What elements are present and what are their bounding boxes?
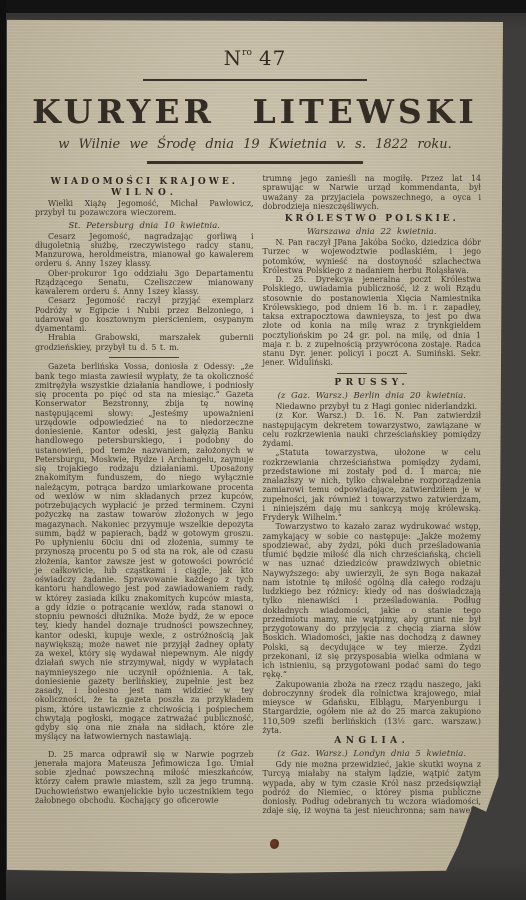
masthead-dateline: w Wilnie we Środę dnia 19 Kwietnia v. s.… xyxy=(7,137,503,152)
petersburg-paragraph-2: Ober-prokuror 1go oddziału 3go Departame… xyxy=(35,269,254,297)
section-divider xyxy=(109,357,179,359)
warszawa-paragraph-1: N. Pan raczył JPana Jakóba Soćko, dziedz… xyxy=(263,238,482,275)
narwa-continuation-paragraph: trumnę jego zanieśli na mogiłę. Przez la… xyxy=(263,174,482,211)
section-header-wilno: WILNO. xyxy=(35,188,254,198)
scan-left-edge xyxy=(0,0,6,900)
section-divider xyxy=(337,373,407,375)
berlin-dateline: (z Gaz. Warsz.) Berlin dnia 20 kwietnia. xyxy=(263,391,482,401)
issue-value: 47 xyxy=(259,46,286,70)
scan-top-edge xyxy=(0,0,526,13)
issue-number: Nro47 xyxy=(7,46,503,70)
petersburg-paragraph-4: Hrabia Grabowski, marszałek gubernii gro… xyxy=(35,333,254,352)
petersburg-paragraph-1: Cesarz Jegomość, nagradzając gorliwą i d… xyxy=(35,232,254,269)
ink-stain xyxy=(270,839,279,849)
londyn-dateline: (z Gaz. Warsz.) Londyn dnia 5 kwietnia. xyxy=(263,749,482,759)
prussy-paragraph-3: „Statuta towarzystwa, ułożone w celu roz… xyxy=(263,448,482,522)
petersburg-paragraph-3: Cesarz Jegomość raczył przyjąć exemplarz… xyxy=(35,296,254,333)
issue-superscript: ro xyxy=(242,48,252,58)
masthead: Nro47 KURYER LITEWSKI w Wilnie we Środę … xyxy=(7,46,503,164)
newspaper-page: Nro47 KURYER LITEWSKI w Wilnie we Środę … xyxy=(7,19,503,875)
anglia-paragraph-1: Gdy nie można przewidzieć, jakie skutki … xyxy=(263,760,482,816)
section-header-krolestwo-polskie: KRÓLESTWO POLSKIE. xyxy=(263,214,482,224)
odessa-bank-paragraph: Gazeta berlińska Vossa, doniosła z Odess… xyxy=(35,362,254,741)
newspaper-title: KURYER LITEWSKI xyxy=(7,92,503,131)
left-column: WIADOMOŚCI KRAJOWE. WILNO. Wielki Xiążę … xyxy=(35,174,254,816)
petersburg-dateline: St. Petersburg dnia 10 kwietnia. xyxy=(35,221,254,231)
prussy-paragraph-5: Zakupowania zboża na rzecz rządu naszego… xyxy=(263,680,482,736)
warszawa-dateline: Warszawa dnia 22 kwietnia. xyxy=(263,227,482,237)
wilno-paragraph: Wielki Xiążę Jegomość, Michał Pawłowicz,… xyxy=(35,199,254,218)
text-columns: WIADOMOŚCI KRAJOWE. WILNO. Wielki Xiążę … xyxy=(7,164,503,816)
prussy-paragraph-1: Niedawno przybył tu z Hagi goniec niderl… xyxy=(263,402,482,411)
narwa-funeral-paragraph: D. 25 marca odprawił się w Narwie pogrze… xyxy=(35,750,254,806)
issue-rule xyxy=(143,79,367,81)
section-header-wiadomosci-krajowe: WIADOMOŚCI KRAJOWE. xyxy=(35,177,254,187)
section-header-anglia: ANGLIA. xyxy=(263,736,482,746)
right-column: trumnę jego zanieśli na mogiłę. Przez la… xyxy=(263,174,482,816)
warszawa-paragraph-2: D. 25. Dyrekcya jeneralna poczt Królestw… xyxy=(263,275,482,368)
issue-prefix: N xyxy=(224,46,243,70)
prussy-paragraph-4: Towarzystwo to kazało zaraz wydrukować w… xyxy=(263,522,482,679)
section-header-prussy: PRUSSY. xyxy=(263,378,482,388)
prussy-paragraph-2: (z Kor. Warsz.) D. 16. N. Pan zatwierdzi… xyxy=(263,411,482,448)
scan-background: Nro47 KURYER LITEWSKI w Wilnie we Środę … xyxy=(0,0,526,900)
